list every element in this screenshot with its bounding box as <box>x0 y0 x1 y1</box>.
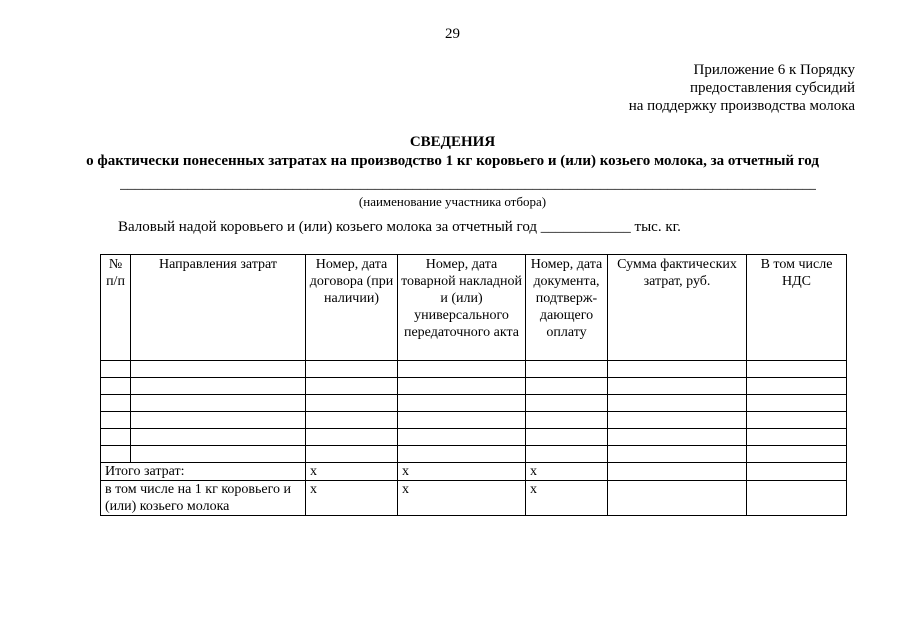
header-cell-num: № п/п <box>101 255 131 361</box>
table-row <box>101 412 847 429</box>
header-cell-sum: Сумма фактических затрат, руб. <box>608 255 747 361</box>
gross-yield-prefix: Валовый надой коровьего и (или) козьего … <box>118 219 537 235</box>
per-kg-label: в том числе на 1 кг коровьего и (или) ко… <box>101 481 306 516</box>
participant-caption: (наименование участника отбора) <box>0 194 905 210</box>
participant-name-blank-line: ________________________________________… <box>120 176 816 192</box>
empty-cell <box>526 446 608 463</box>
totals-cell <box>747 463 847 481</box>
header-cell-invoice: Номер, дата товарной накладной и (или) у… <box>398 255 526 361</box>
per-kg-cell: х <box>306 481 398 516</box>
empty-cell <box>747 446 847 463</box>
header-cell-payment-doc: Номер, дата документа, подтверж-дающего … <box>526 255 608 361</box>
empty-cell <box>526 429 608 446</box>
costs-table: № п/п Направления затрат Номер, дата дог… <box>100 254 847 516</box>
table-row <box>101 395 847 412</box>
header-row: № п/п Направления затрат Номер, дата дог… <box>101 255 847 361</box>
empty-cell <box>131 429 306 446</box>
empty-cell <box>101 446 131 463</box>
empty-cell <box>306 429 398 446</box>
empty-cell <box>608 361 747 378</box>
empty-cell <box>306 378 398 395</box>
empty-cell <box>101 412 131 429</box>
empty-cell <box>398 395 526 412</box>
empty-cell <box>747 361 847 378</box>
header-cell-vat: В том числе НДС <box>747 255 847 361</box>
empty-cell <box>131 395 306 412</box>
empty-cell <box>131 378 306 395</box>
header-cell-contract: Номер, дата договора (при наличии) <box>306 255 398 361</box>
appendix-line: на поддержку производства молока <box>629 97 855 115</box>
empty-cell <box>101 361 131 378</box>
totals-cell <box>608 463 747 481</box>
empty-cell <box>526 395 608 412</box>
empty-cell <box>306 395 398 412</box>
table-row <box>101 361 847 378</box>
empty-cell <box>747 412 847 429</box>
table-row <box>101 446 847 463</box>
per-kg-cell <box>608 481 747 516</box>
gross-yield-suffix: тыс. кг. <box>635 219 681 235</box>
empty-cell <box>608 429 747 446</box>
document-page: 29 Приложение 6 к Порядку предоставления… <box>0 0 905 640</box>
totals-cell: х <box>398 463 526 481</box>
empty-cell <box>398 361 526 378</box>
empty-cell <box>608 395 747 412</box>
table-row <box>101 429 847 446</box>
empty-cell <box>306 446 398 463</box>
totals-cell: х <box>306 463 398 481</box>
empty-cell <box>131 412 306 429</box>
empty-cell <box>398 446 526 463</box>
table-row <box>101 378 847 395</box>
per-kg-row: в том числе на 1 кг коровьего и (или) ко… <box>101 481 847 516</box>
per-kg-cell: х <box>398 481 526 516</box>
empty-cell <box>131 361 306 378</box>
empty-cell <box>306 412 398 429</box>
totals-label: Итого затрат: <box>101 463 306 481</box>
empty-cell <box>398 412 526 429</box>
empty-cell <box>608 446 747 463</box>
per-kg-cell <box>747 481 847 516</box>
header-cell-direction: Направления затрат <box>131 255 306 361</box>
empty-cell <box>398 429 526 446</box>
empty-cell <box>101 395 131 412</box>
page-number: 29 <box>0 26 905 43</box>
empty-cell <box>101 378 131 395</box>
empty-cell <box>131 446 306 463</box>
empty-cell <box>747 395 847 412</box>
appendix-block: Приложение 6 к Порядку предоставления су… <box>629 61 855 115</box>
appendix-line: предоставления субсидий <box>629 79 855 97</box>
empty-cell <box>526 378 608 395</box>
totals-cell: х <box>526 463 608 481</box>
gross-yield-line: Валовый надой коровьего и (или) козьего … <box>118 219 681 236</box>
empty-cell <box>526 361 608 378</box>
empty-cell <box>747 378 847 395</box>
document-title: СВЕДЕНИЯ <box>0 134 905 151</box>
empty-cell <box>747 429 847 446</box>
empty-cell <box>608 378 747 395</box>
empty-cell <box>306 361 398 378</box>
empty-cell <box>608 412 747 429</box>
empty-cell <box>101 429 131 446</box>
appendix-line: Приложение 6 к Порядку <box>629 61 855 79</box>
gross-yield-blank: ____________ <box>541 219 631 235</box>
document-subtitle: о фактически понесенных затратах на прои… <box>0 153 905 170</box>
per-kg-cell: х <box>526 481 608 516</box>
totals-row: Итого затрат: х х х <box>101 463 847 481</box>
empty-cell <box>526 412 608 429</box>
empty-cell <box>398 378 526 395</box>
